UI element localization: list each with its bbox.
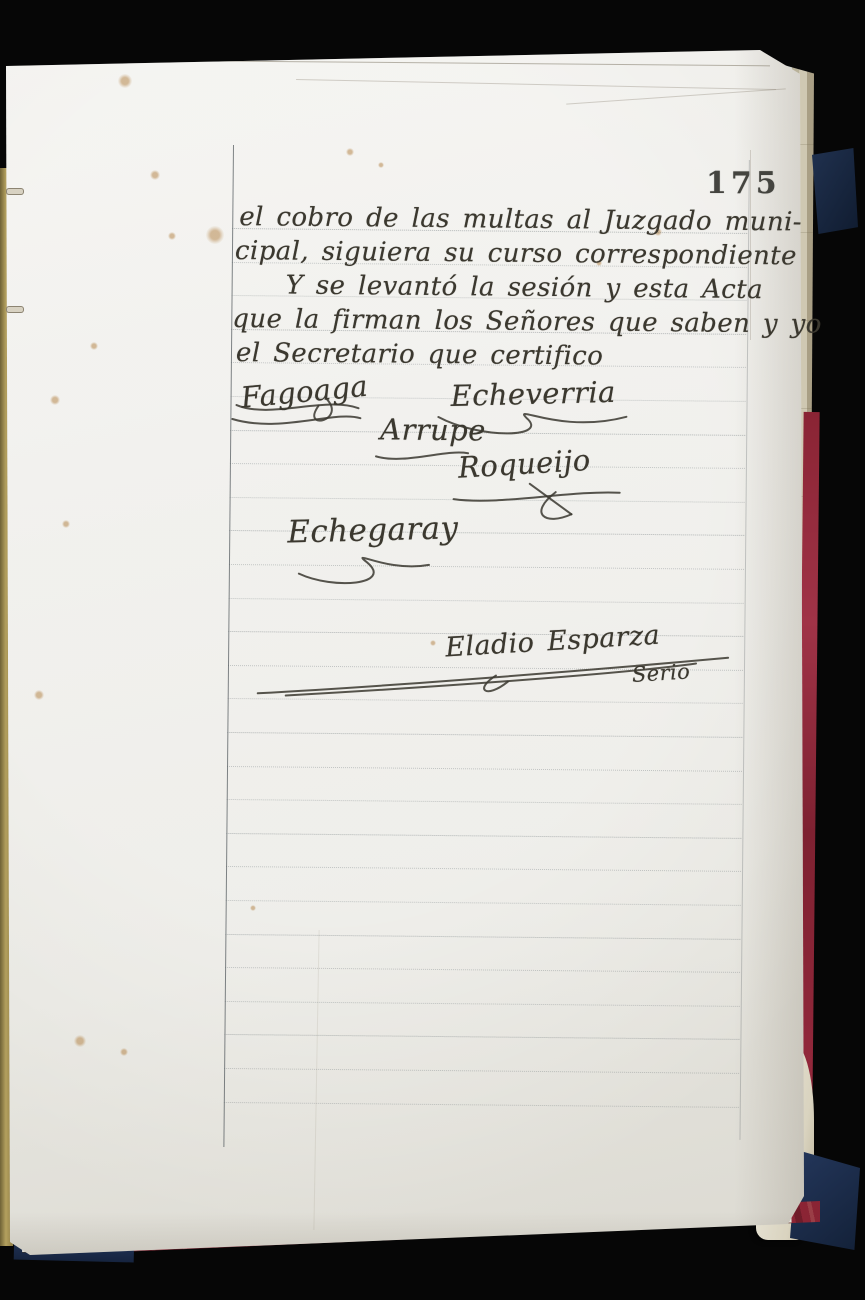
rubric-stroke bbox=[438, 413, 626, 434]
rubric-stroke bbox=[376, 452, 468, 460]
sheet-edge-crease bbox=[296, 79, 776, 90]
foxing-spot bbox=[50, 395, 60, 405]
sheet-edge-crease bbox=[10, 59, 770, 67]
foxing-spot bbox=[90, 342, 98, 350]
rubric-stroke bbox=[529, 484, 571, 514]
ruled-line bbox=[225, 934, 740, 940]
ruled-line bbox=[224, 1034, 739, 1040]
foxing-spot bbox=[34, 690, 44, 700]
ruled-line bbox=[225, 967, 740, 973]
rubric-stroke bbox=[299, 557, 429, 584]
foxing-spot bbox=[62, 520, 70, 528]
ruled-line bbox=[227, 799, 742, 805]
rubric-stroke bbox=[454, 491, 620, 502]
rubric-stroke bbox=[236, 404, 358, 411]
manuscript-line: el cobro de las multas al Juzgado muni- bbox=[239, 202, 802, 237]
foxing-spot bbox=[206, 226, 224, 244]
ruled-line bbox=[224, 1068, 739, 1074]
manuscript-line: que la firman los Señores que saben y yo bbox=[232, 304, 822, 340]
foxing-spot bbox=[120, 1048, 128, 1056]
rubric-stroke bbox=[232, 415, 360, 424]
binding-stitch bbox=[6, 306, 24, 313]
cover-blue-corner-top-right bbox=[812, 148, 858, 234]
ruled-line bbox=[226, 833, 741, 839]
manuscript-line: Y se levantó la sesión y esta Acta bbox=[286, 271, 764, 306]
ruled-line bbox=[226, 900, 741, 906]
ruled-line bbox=[224, 1102, 739, 1108]
foxing-spot bbox=[168, 232, 176, 240]
foxing-spot bbox=[118, 74, 132, 88]
ruled-line bbox=[226, 866, 741, 872]
foxing-spot bbox=[74, 1035, 86, 1047]
binding-stitch bbox=[6, 188, 24, 195]
writing-area: el cobro de las multas al Juzgado muni- … bbox=[223, 145, 757, 1160]
signature-flourishes bbox=[228, 385, 751, 710]
manuscript-line: el Secretario que certifico bbox=[236, 338, 604, 372]
foxing-spot bbox=[150, 170, 160, 180]
rubric-stroke bbox=[314, 398, 332, 421]
ruled-line bbox=[225, 1001, 740, 1007]
book-scan: 175 el cobro de las multas al Juzgado mu… bbox=[0, 0, 865, 1300]
ruled-line bbox=[227, 766, 742, 772]
manuscript-line: cipal, siguiera su curso correspondiente bbox=[235, 236, 797, 271]
ruled-line bbox=[227, 732, 742, 738]
